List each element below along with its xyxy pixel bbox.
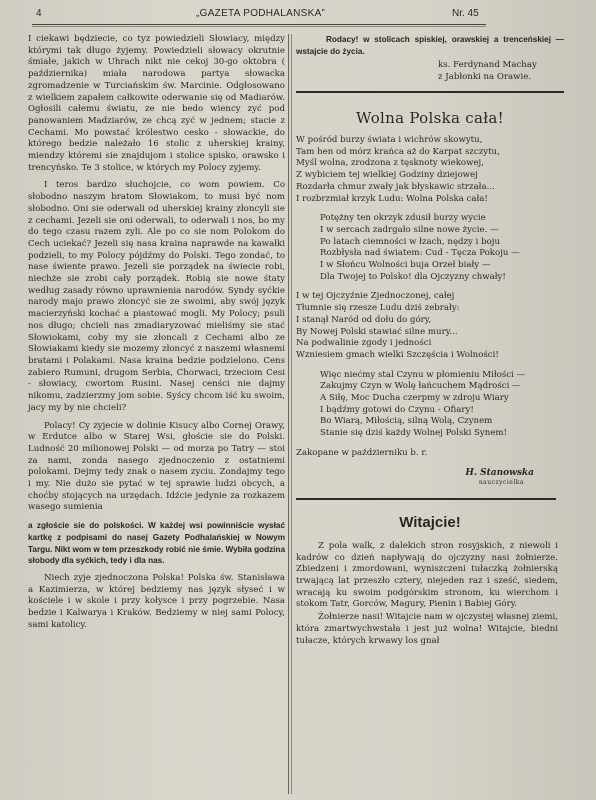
- verse: I bądźmy gotowi do Czynu - Ofiary!: [320, 405, 564, 417]
- verse: Tłumnie się rzesze Ludu dziś zebrały:: [296, 303, 564, 315]
- issue-number: Nr. 45: [452, 8, 479, 19]
- verse: I w sercach zadrgało silne nowe życie. —: [320, 225, 564, 237]
- article-title: Witajcie!: [296, 514, 564, 531]
- verse: Myśl wolna, zrodzona z tęsknoty wiekowej…: [296, 158, 564, 170]
- bold-paragraph: a zgłoście sie do polskości. W każdej ws…: [28, 520, 285, 567]
- verse: Więc niećmy stal Czynu w płomieniu Miłoś…: [320, 370, 564, 382]
- appeal-text: Rodacy! w stolicach spiskiej, orawskiej …: [296, 34, 564, 57]
- verse: By Nowej Polski stawiać silne mury...: [296, 327, 564, 339]
- verse: Z wybiciem tej wielkiej Godziny dziejowe…: [296, 170, 564, 182]
- column-divider-secondary: [291, 34, 292, 794]
- stanza: I w tej Ojczyźnie Zjednoczonej, całej Tł…: [296, 291, 564, 361]
- verse: I stanął Naród od dołu do góry,: [296, 315, 564, 327]
- header-rule: [32, 24, 486, 25]
- verse: Na podwalinie zgody i jedności: [296, 338, 564, 350]
- verse: Po latach ciemności w łzach, nędzy i boj…: [320, 237, 564, 249]
- stanza: Więc niećmy stal Czynu w płomieniu Miłoś…: [320, 370, 564, 440]
- paragraph: I teros bardzo słuchojcie, co wom powiem…: [28, 180, 285, 414]
- verse: Potężny ten okrzyk zdusił burzy wycie: [320, 213, 564, 225]
- section-rule: [296, 498, 556, 500]
- verse: Tam hen od mórz krańca aż do Karpat szcz…: [296, 147, 564, 159]
- paragraph: Żołnierze nasi! Witajcie nam w ojczystej…: [296, 612, 558, 647]
- article-body: Z pola walk, z dalekich stron rosyjskich…: [296, 541, 558, 647]
- poem: W pośród burzy świata i wichrów skowytu,…: [296, 135, 564, 440]
- verse: Wzniesiem gmach wielki Szczęścia i Wolno…: [296, 350, 564, 362]
- stanza: Potężny ten okrzyk zdusił burzy wycie I …: [320, 213, 564, 283]
- poem-title: Wolna Polska cała!: [296, 109, 564, 127]
- verse: A Siłę, Moc Ducha czerpmy w zdroju Wiary: [320, 393, 564, 405]
- closing-paragraph: Niech zyje zjednoczona Polska! Polska św…: [28, 573, 285, 632]
- verse: Bo Wiarą, Miłością, silną Wolą, Czynem: [320, 416, 564, 428]
- column-divider: [288, 34, 289, 794]
- page-number: 4: [36, 8, 42, 19]
- verse: W pośród burzy świata i wichrów skowytu,: [296, 135, 564, 147]
- verse: Zakujmy Czyn w Wolę łańcuchem Mądrości —: [320, 381, 564, 393]
- appeal-signature: ks. Ferdynand Machay z Jabłonki na Orawi…: [438, 59, 564, 83]
- verse: Rozdarła chmur zwały jak błyskawic strza…: [296, 182, 564, 194]
- verse: I rozbrzmiał krzyk Ludu: Wolna Polska ca…: [296, 194, 564, 206]
- verse: Rozbłysła nad światem: Cud - Tęcza Pokoj…: [320, 248, 564, 260]
- verse: Stanie się dziś każdy Wolnej Polski Syne…: [320, 428, 564, 440]
- signature-line: ks. Ferdynand Machay: [438, 59, 564, 71]
- paragraph: Z pola walk, z dalekich stron rosyjskich…: [296, 541, 558, 611]
- poem-author-title: nauczycielka: [296, 479, 524, 486]
- signature-line: z Jabłonki na Orawie.: [438, 71, 564, 83]
- right-column: Rodacy! w stolicach spiskiej, orawskiej …: [296, 34, 564, 648]
- left-column: I ciekawi będziecie, co tyz powiedzieli …: [28, 34, 285, 637]
- verse: I w Słońcu Wolności buja Orzeł biały —: [320, 260, 564, 272]
- header-rule-secondary: [32, 26, 486, 27]
- verse: Dla Twojej to Polsko! dla Ojczyzny chwał…: [320, 272, 564, 284]
- section-rule: [296, 91, 564, 93]
- paragraph: Polacy! Cy zyjecie w dolinie Kisucy albo…: [28, 421, 285, 515]
- poem-place-date: Zakopane w październiku b. r.: [296, 448, 564, 458]
- verse: I w tej Ojczyźnie Zjednoczonej, całej: [296, 291, 564, 303]
- stanza: W pośród burzy świata i wichrów skowytu,…: [296, 135, 564, 205]
- poem-author: H. Stanowska: [296, 468, 534, 478]
- paragraph: I ciekawi będziecie, co tyz powiedzieli …: [28, 34, 285, 174]
- newspaper-title: „GAZETA PODHALANSKA”: [196, 8, 325, 19]
